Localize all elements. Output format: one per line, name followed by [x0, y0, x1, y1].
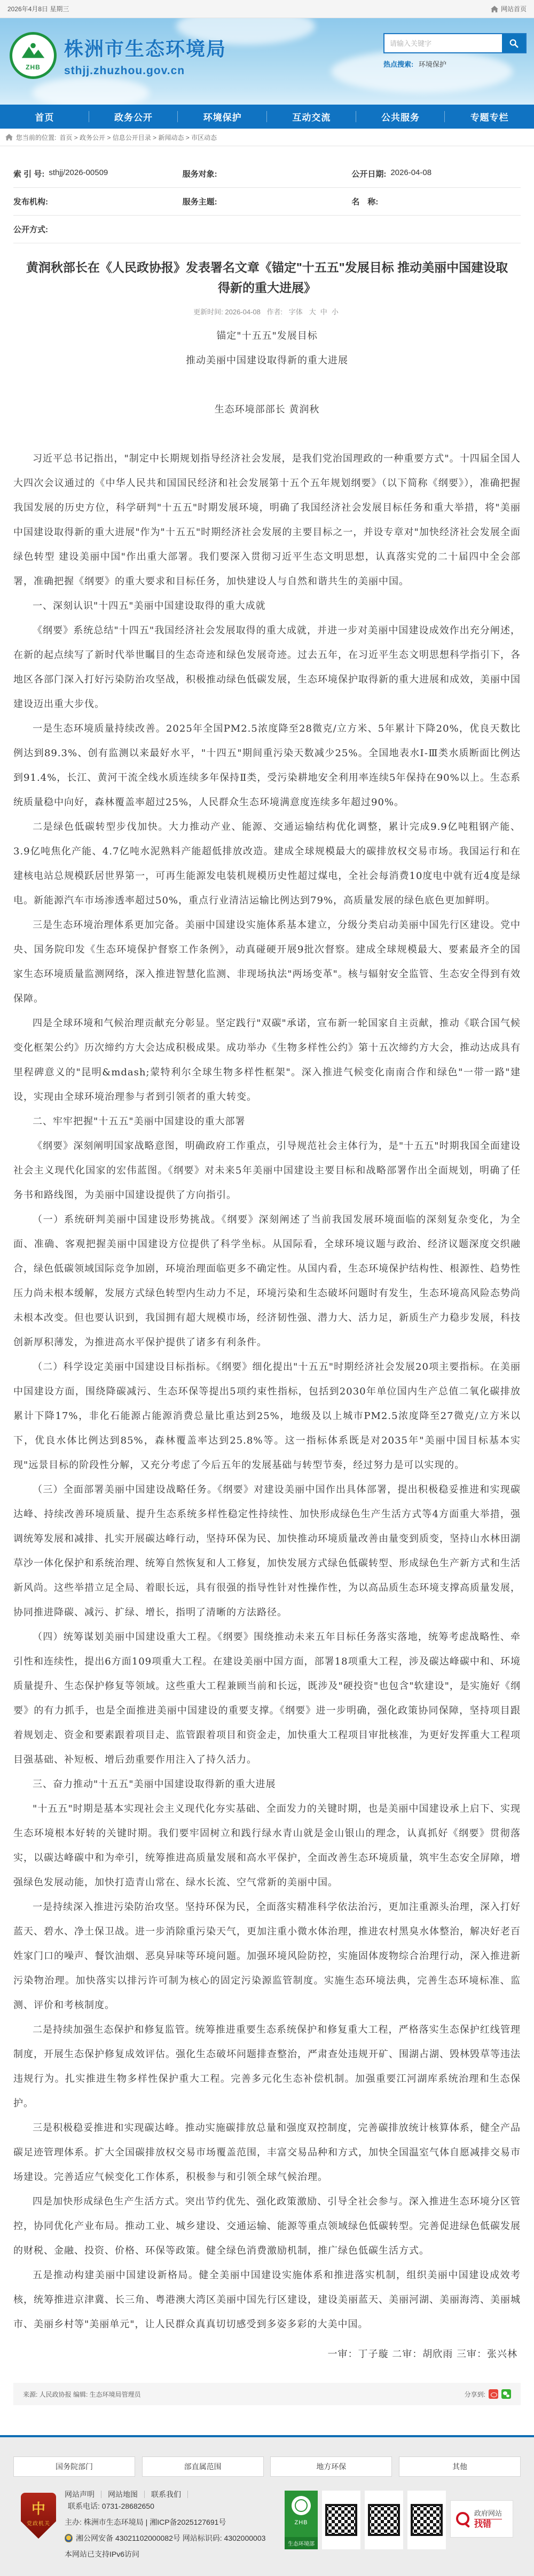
meta-open-mode-label: 公开方式:	[13, 224, 48, 235]
meta-name-label: 名 称:	[351, 196, 378, 207]
current-date: 2026年4月8日 星期三	[7, 4, 69, 13]
article-paragraph: 一是生态环境质量持续改善。2025年全国PM2.5浓度降至28微克/立方米、5年…	[13, 717, 521, 815]
site-url: sthjj.zhuzhou.gov.cn	[64, 65, 226, 77]
emblem-symbol: 中	[32, 2498, 45, 2518]
meta-publish-date-value: 2026-04-08	[390, 168, 431, 179]
search-area: 热点搜索: 环境保护	[383, 33, 527, 69]
qr-code-3	[407, 2491, 446, 2549]
footer-host-line: 主办: 株洲市生态环境局 | 湘ICP备2025127691号	[65, 2514, 276, 2530]
meta-index-value: sthjj/2026-00509	[49, 168, 108, 179]
footer-select[interactable]: 地方环保	[270, 2456, 392, 2477]
nav-item[interactable]: 首页	[0, 105, 89, 129]
main-nav: 首页 政务公开 环境保护 互动交流 公共服务 专题专栏	[0, 105, 534, 129]
gov-site-error-report-badge[interactable]: 政府网站 找错	[450, 2500, 513, 2538]
hot-search-label: 热点搜索:	[383, 60, 413, 68]
footer-ipv6-line: 本网站已支持IPv6访问	[65, 2546, 276, 2562]
footer-link-sitemap[interactable]: 网站地图	[101, 2491, 145, 2498]
font-size-controls: 大中小	[307, 308, 341, 316]
article-container: 索 引 号:sthjj/2026-00509 服务对象: 公开日期:2026-0…	[0, 160, 534, 2435]
meta-service-object-label: 服务对象:	[183, 168, 217, 179]
article-paragraph: 锚定"十五五"发展目标	[13, 324, 521, 348]
footer-phone: 联系电话: 0731-28682650	[68, 2498, 154, 2514]
police-badge-icon	[65, 2534, 73, 2542]
article-paragraph: 生态环境部部长 黄润秋	[13, 398, 521, 422]
article-paragraph: 四是加快形成绿色生产生活方式。突出节约优先、强化政策激励、引导全社会参与。深入推…	[13, 2190, 521, 2263]
wechat-share-icon[interactable]	[501, 2389, 511, 2399]
home-icon	[491, 5, 498, 13]
cloud-decoration	[32, 77, 150, 105]
search-button[interactable]	[502, 34, 525, 52]
bureau-logo-icon: ZHB	[10, 32, 57, 79]
site-header: ZHB 株洲市生态环境局 sthjj.zhuzhou.gov.cn 热点搜索: …	[0, 18, 534, 105]
footer-link-selects: 国务院部门 部直属范围 地方环保 其他	[13, 2456, 521, 2491]
top-bar: 2026年4月8日 星期三 网站首页	[0, 0, 534, 18]
footer-badges: ZHB 生态环境部 政府网站 找错	[285, 2491, 513, 2549]
meta-publisher-label: 发布机构:	[13, 196, 48, 207]
article-paragraph: 四是全球环境和气候治理贡献充分彰显。坚定践行"双碳"承诺，宣布新一轮国家自主贡献…	[13, 1011, 521, 1109]
article-paragraph: 三是积极稳妥推进和实现碳达峰。推动实施碳排放总量和强度双控制度，完善碳排放统计核…	[13, 2116, 521, 2190]
article-paragraph: （三）全面部署美丽中国建设战略任务。《纲要》对建设美丽中国作出具体部署，提出积极…	[13, 1478, 521, 1625]
home-link[interactable]: 网站首页	[491, 4, 527, 13]
nav-item[interactable]: 专题专栏	[445, 105, 534, 129]
font-size-button[interactable]: 中	[320, 308, 327, 316]
article-paragraph: 一是持续深入推进污染防治攻坚。坚持环保为民，全面落实精准科学依法治污，更加注重源…	[13, 1895, 521, 2018]
footer-select[interactable]: 国务院部门	[13, 2456, 135, 2477]
article-paragraph: 三、奋力推动"十五五"美丽中国建设取得新的重大进展	[13, 1772, 521, 1797]
site-title: 株洲市生态环境局	[64, 34, 226, 61]
footer-select[interactable]: 其他	[399, 2456, 521, 2477]
article-paragraph: 一、深刻认识"十四五"美丽中国建设取得的重大成就	[13, 594, 521, 619]
footer-link-statement[interactable]: 网站声明	[65, 2491, 101, 2498]
breadcrumb-prefix: 您当前的位置:	[16, 133, 56, 142]
document-meta-table: 索 引 号:sthjj/2026-00509 服务对象: 公开日期:2026-0…	[13, 160, 521, 243]
nav-item[interactable]: 互动交流	[267, 105, 356, 129]
search-input[interactable]	[384, 34, 502, 52]
meta-publish-date-label: 公开日期:	[351, 168, 386, 179]
nav-item[interactable]: 政务公开	[89, 105, 178, 129]
article-paragraph: 习近平总书记指出，"制定中长期规划指导经济社会发展，是我们党治国理政的一种重要方…	[13, 447, 521, 594]
logo-zhb-text: ZHB	[26, 64, 41, 71]
search-icon	[509, 38, 519, 48]
update-time: 更新时间: 2026-04-08	[193, 308, 261, 316]
article-paragraph: 《纲要》深刻阐明国家战略意图，明确政府工作重点，引导规范社会主体行为，是"十五五…	[13, 1134, 521, 1208]
breadcrumb-home-icon	[5, 133, 13, 141]
share-label: 分享到:	[465, 2390, 485, 2399]
party-government-emblem: 中 党政机关	[21, 2493, 56, 2539]
article-paragraph: 二是绿色低碳转型步伐加快。大力推动产业、能源、交通运输结构优化调整，累计完成9.…	[13, 815, 521, 913]
breadcrumb-path[interactable]: 首页 > 政务公开 > 信息公开目录 > 新闻动态 > 市区动态	[59, 133, 217, 142]
breadcrumb: 您当前的位置: 首页 > 政务公开 > 信息公开目录 > 新闻动态 > 市区动态	[0, 129, 534, 146]
font-size-label: 字体	[289, 308, 303, 316]
zhb-ministry-badge[interactable]: ZHB 生态环境部	[285, 2491, 318, 2549]
site-brand[interactable]: ZHB 株洲市生态环境局 sthjj.zhuzhou.gov.cn	[10, 32, 226, 79]
source-editor-text: 来源: 人民政协报 编辑: 生态环境局管理员	[23, 2390, 141, 2399]
author-label: 作者:	[267, 308, 283, 316]
emblem-label: 党政机关	[27, 2519, 50, 2527]
article-title: 黄润秋部长在《人民政协报》发表署名文章《锚定"十五五"发展目标 推动美丽中国建设…	[13, 257, 521, 298]
footer-security-line: 湘公网安备 43021102000082号 网站标识码: 4302000003	[76, 2530, 265, 2546]
meta-service-topic-label: 服务主题:	[183, 196, 217, 207]
footer-select[interactable]: 部直属范围	[142, 2456, 264, 2477]
qr-code-1	[322, 2491, 360, 2549]
footer-link-contact[interactable]: 联系我们	[145, 2491, 188, 2498]
nav-item[interactable]: 公共服务	[356, 105, 445, 129]
hot-search-word[interactable]: 环境保护	[419, 60, 446, 68]
meta-index-label: 索 引 号:	[13, 168, 44, 179]
article-paragraph: 《纲要》系统总结"十四五"我国经济社会发展取得的重大成就，并进一步对美丽中国建设…	[13, 619, 521, 717]
source-bar: 来源: 人民政协报 编辑: 生态环境局管理员 分享到:	[13, 2383, 521, 2405]
footer-info: 网站声明 网站地图 联系我们 联系电话: 0731-28682650 主办: 株…	[65, 2491, 276, 2562]
qr-code-2	[365, 2491, 403, 2549]
font-size-button[interactable]: 小	[332, 308, 339, 316]
nav-item[interactable]: 环境保护	[178, 105, 267, 129]
article-paragraph: （二）科学设定美丽中国建设目标指标。《纲要》细化提出"十五五"时期经济社会发展2…	[13, 1355, 521, 1478]
article-paragraph: "十五五"时期是基本实现社会主义现代化夯实基础、全面发力的关键时期，也是美丽中国…	[13, 1797, 521, 1895]
article-paragraph: 二是持续加强生态保护和修复监管。统筹推进重要生态系统保护和修复重大工程，严格落实…	[13, 2018, 521, 2116]
article-paragraph: 三是生态环境治理体系更加完备。美丽中国建设实施体系基本建立，分级分类启动美丽中国…	[13, 913, 521, 1011]
article-body: 锚定"十五五"发展目标 推动美丽中国建设取得新的重大进展 生态环境部部长 黄润秋…	[13, 324, 521, 2367]
article-paragraph: （四）统筹谋划美丽中国建设重大工程。《纲要》围绕推动未来五年目标任务落实落地，统…	[13, 1625, 521, 1772]
font-size-button[interactable]: 大	[309, 308, 316, 316]
article-info-line: 更新时间: 2026-04-08 作者: 字体大中小	[13, 306, 521, 316]
site-footer: 国务院部门 部直属范围 地方环保 其他 中 党政机关 网站声明 网站地图 联系我…	[0, 2437, 534, 2576]
article-paragraph: 一审：丁子璇 二审：胡欣雨 三审：张兴林	[13, 2342, 521, 2367]
article-paragraph: 五是推动构建美丽中国建设新格局。健全美丽中国建设实施体系和推进落实机制，组织美丽…	[13, 2263, 521, 2337]
zhb-badge-logo-icon	[292, 2496, 311, 2515]
weibo-share-icon[interactable]	[489, 2389, 498, 2399]
article-paragraph: 推动美丽中国建设取得新的重大进展	[13, 348, 521, 373]
error-report-magnifier-icon	[455, 2511, 471, 2527]
article-paragraph: 二、牢牢把握"十五五"美丽中国建设的重大部署	[13, 1109, 521, 1134]
article-paragraph: （一）系统研判美丽中国建设形势挑战。《纲要》深刻阐述了当前我国发展环境面临的深刻…	[13, 1208, 521, 1355]
